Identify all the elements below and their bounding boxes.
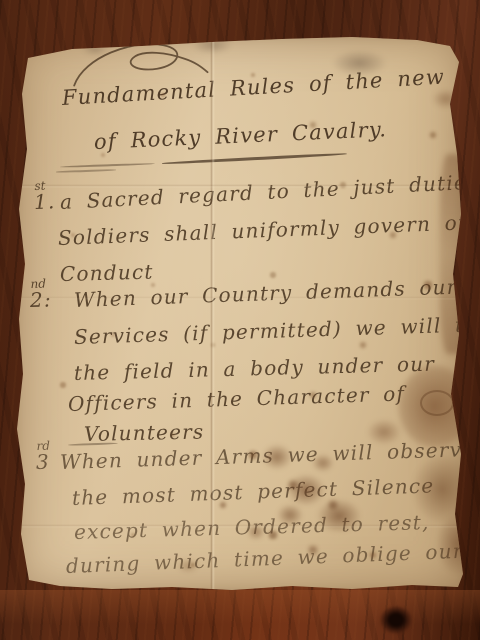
horizontal-fold-crease-1 [12, 184, 466, 188]
stain-center-1 [262, 444, 292, 470]
rule-3-line-4: during which time we oblige oursel [66, 538, 466, 578]
rule-2-line-2: Services (if permitted) we will take [74, 312, 466, 349]
title-underline [162, 152, 347, 164]
rule-3-number: rd3 [36, 450, 51, 474]
rule-2-line-4: Officers in the Character of [68, 381, 406, 416]
stain-center-3 [312, 454, 334, 472]
rule-1-line-1: a Sacred regard to the just duties of [59, 168, 466, 214]
horizontal-fold-crease-3 [12, 524, 466, 528]
wood-knot [380, 606, 412, 634]
title-line-2: of Rocky River Cavalry. [93, 117, 387, 154]
rule-1-line-3: Conduct [60, 260, 154, 286]
stain-ring-mark [420, 390, 454, 416]
vertical-fold-crease [210, 34, 215, 594]
rule-3-ordinal: rd [36, 439, 50, 453]
rule-1-line-2: Soldiers shall uniformly govern our [58, 210, 466, 250]
stain-center-2 [287, 474, 325, 506]
title-underline-dash [60, 163, 155, 168]
manuscript-paper: Fundamental Rules of the new Troop of Ro… [12, 34, 466, 594]
horizontal-fold-crease-2 [12, 296, 466, 300]
stain-center-4 [277, 504, 303, 526]
stain-mid-right [367, 419, 401, 445]
rule-1-number: st1. [34, 189, 56, 214]
manuscript-photo: Fundamental Rules of the new Troop of Ro… [0, 0, 480, 640]
rule-2-ordinal: nd [30, 277, 46, 291]
rule-3-line-2: the most most perfect Silence [72, 473, 435, 510]
title-underline-dash-2 [56, 169, 116, 173]
stain-top-1 [332, 50, 387, 76]
rule-2-line-3: the field in a body under our [74, 352, 436, 385]
stain-bottom-left [177, 559, 199, 573]
